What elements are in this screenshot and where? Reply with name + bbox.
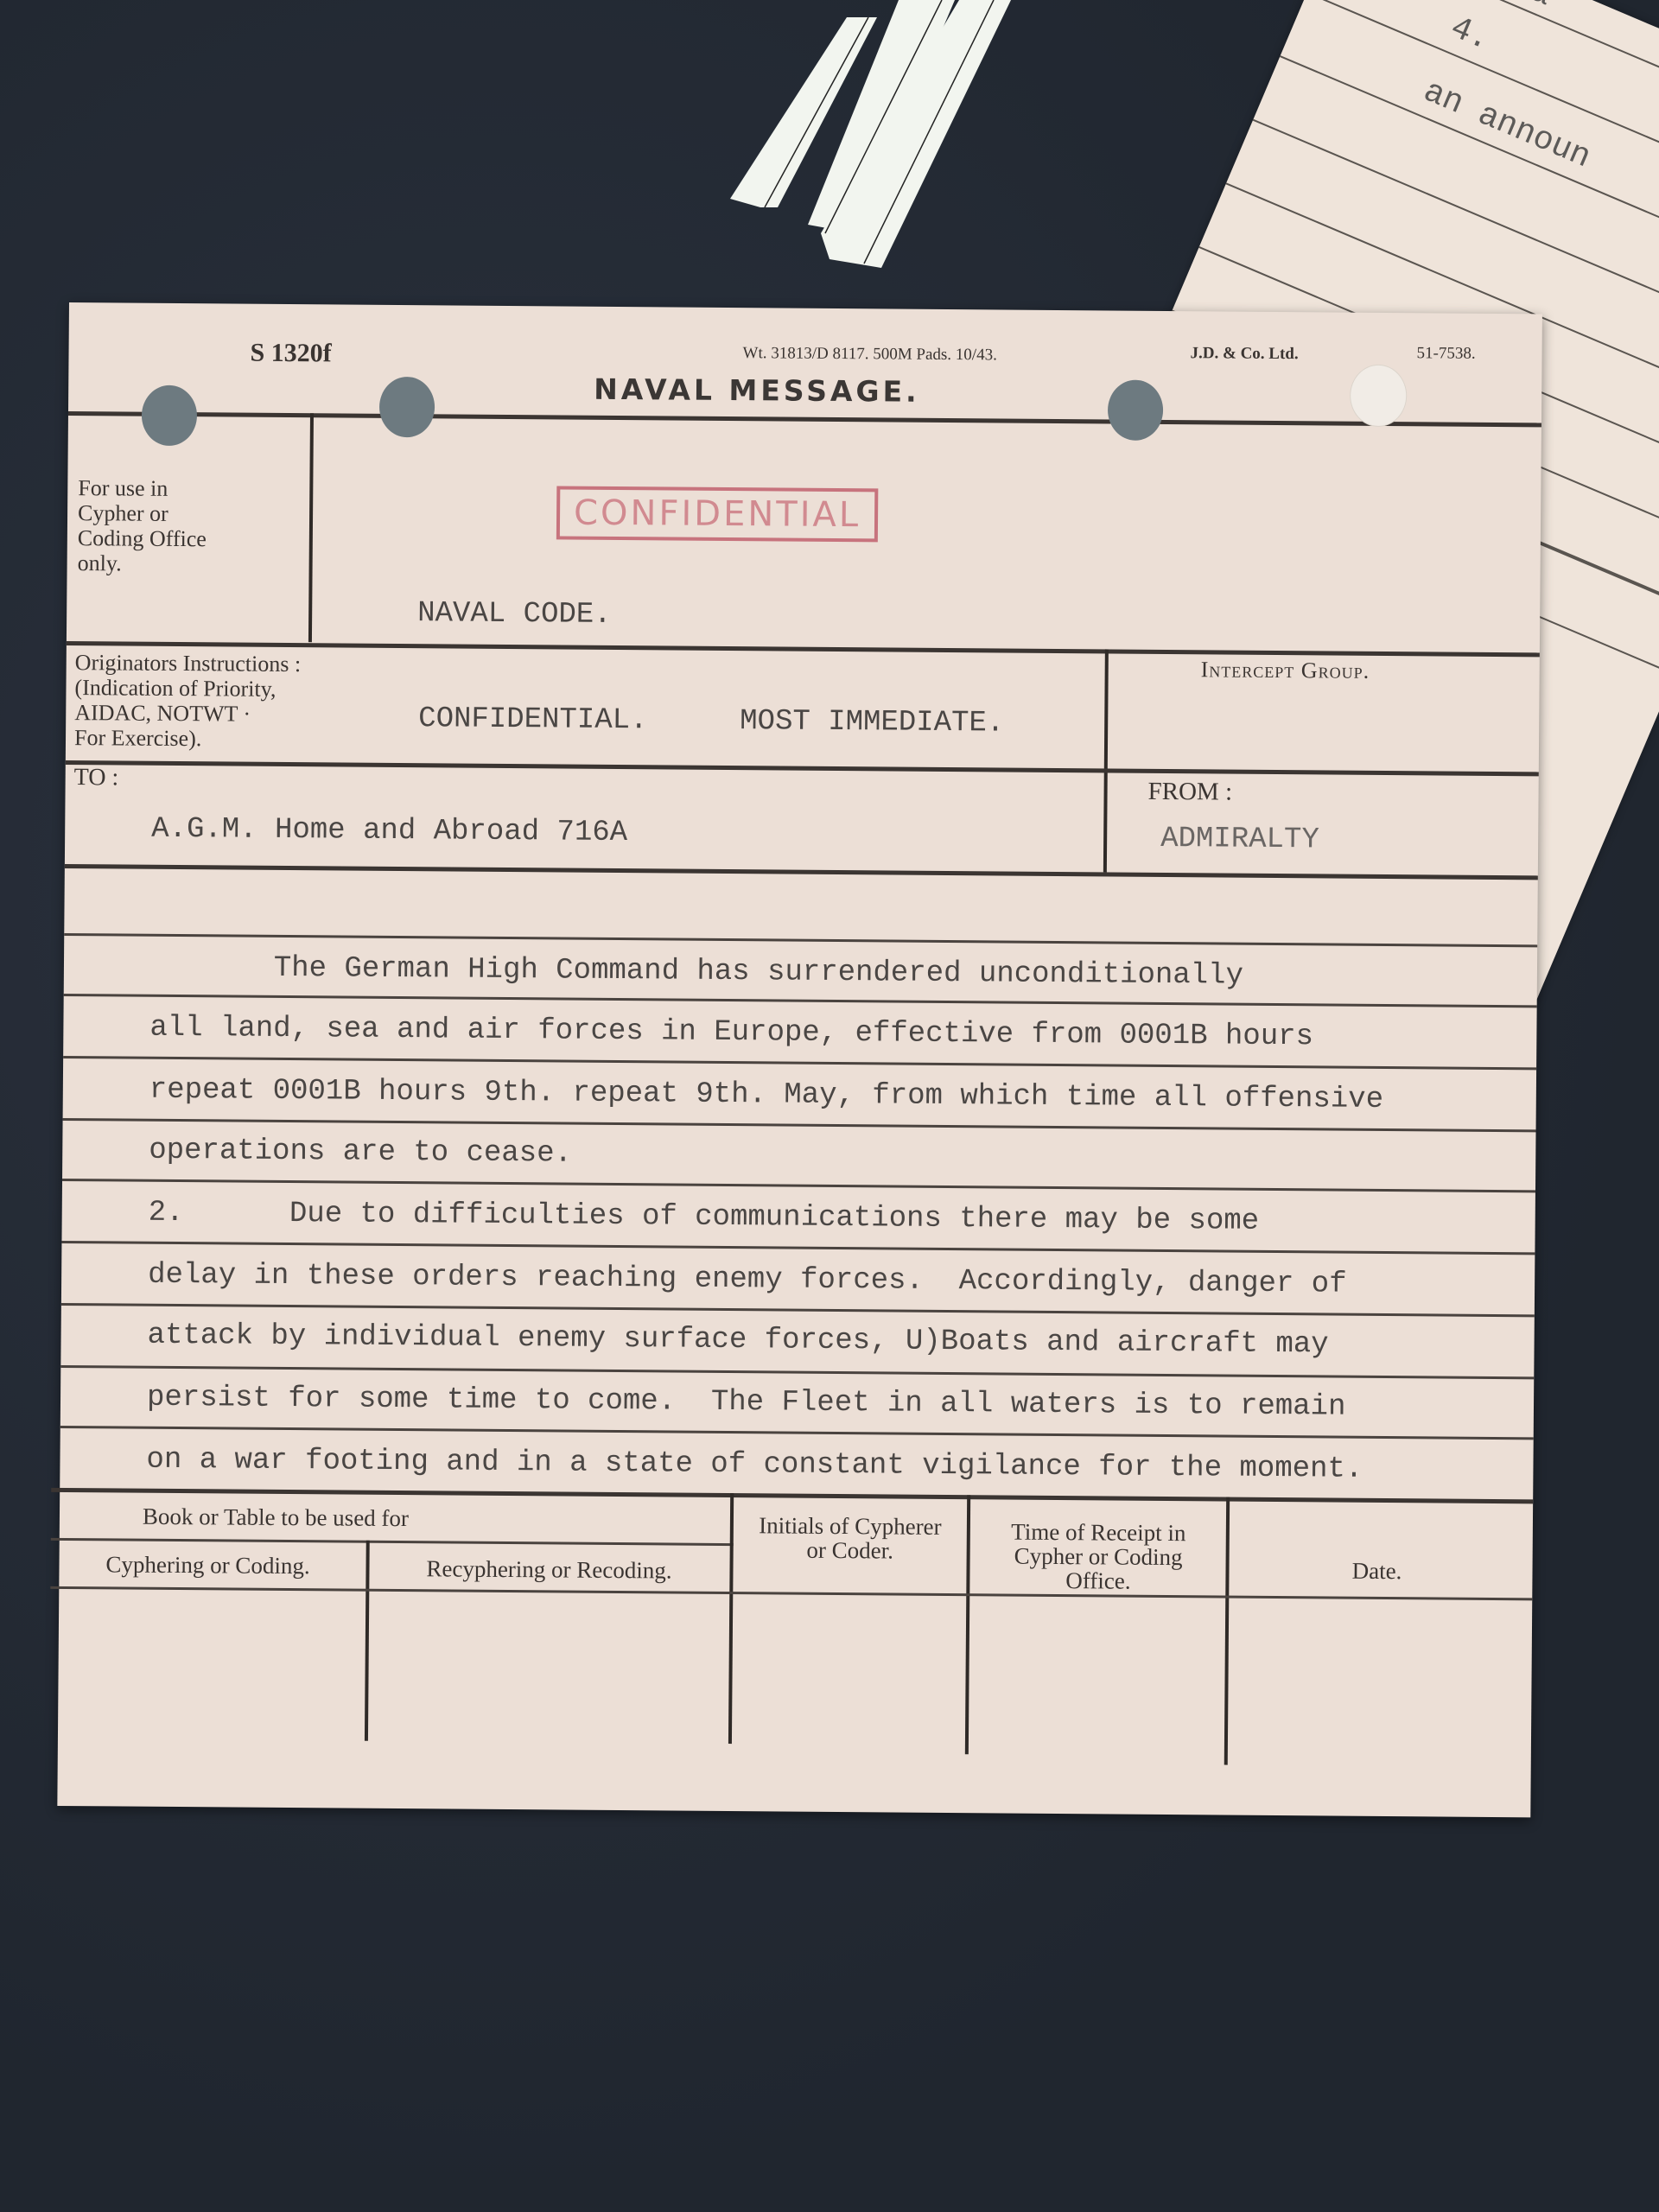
ruled-line	[60, 1426, 1534, 1440]
message-line: all land, sea and air forces in Europe, …	[149, 1012, 1313, 1054]
from-label: FROM :	[1147, 778, 1232, 807]
naval-message-form: S 1320f Wt. 31813/D 8117. 500M Pads. 10/…	[57, 302, 1542, 1817]
punch-hole	[1350, 365, 1408, 428]
divider	[65, 864, 1538, 880]
column-header-time-of-receipt: Time of Receipt in Cypher or Coding Offi…	[983, 1519, 1213, 1593]
message-line: repeat 0001B hours 9th. repeat 9th. May,…	[149, 1074, 1383, 1116]
ruled-line	[63, 1056, 1536, 1070]
divider	[66, 760, 1539, 776]
column-header-recyphering: Recyphering or Recoding.	[368, 1556, 729, 1583]
divider	[51, 1538, 734, 1546]
message-line: 2. Due to difficulties of communications…	[149, 1197, 1260, 1238]
originator-instructions-label: Originators Instructions : (Indication o…	[74, 650, 301, 752]
table-group-header: Book or Table to be used for	[111, 1503, 440, 1530]
message-line: operations are to cease.	[149, 1135, 572, 1171]
punch-hole	[142, 385, 198, 447]
to-value: A.G.M. Home and Abroad 716A	[151, 813, 627, 849]
ruled-line	[62, 1179, 1535, 1192]
priority-value: MOST IMMEDIATE.	[740, 705, 1004, 740]
ribbon-decoration	[726, 0, 1037, 294]
reference-number: 51-7538.	[1416, 344, 1475, 364]
confidential-stamp: CONFIDENTIAL	[556, 486, 878, 542]
ruled-line	[64, 933, 1537, 947]
form-number: S 1320f	[250, 339, 331, 369]
message-line: The German High Command has surrendered …	[150, 951, 1243, 993]
date-cell[interactable]	[1228, 1599, 1531, 1749]
punch-hole	[379, 377, 435, 438]
ruled-line	[61, 1241, 1535, 1255]
bgcard-line: para	[1471, 0, 1558, 15]
message-line: on a war footing and in a state of const…	[146, 1444, 1363, 1486]
classification-value: CONFIDENTIAL.	[418, 702, 648, 737]
ruled-line	[60, 1365, 1534, 1379]
column-header-date: Date.	[1234, 1558, 1519, 1585]
divider	[308, 413, 314, 642]
code-type: NAVAL CODE.	[417, 597, 612, 632]
column-header-initials: Initials of Cypherer or Coder.	[751, 1513, 950, 1563]
cyphering-cell[interactable]	[49, 1590, 365, 1739]
column-header-cyphering: Cyphering or Coding.	[52, 1552, 363, 1579]
message-line: delay in these orders reaching enemy for…	[148, 1259, 1347, 1301]
ruled-line	[64, 994, 1537, 1007]
ruled-line	[61, 1303, 1535, 1317]
to-label: TO :	[74, 764, 119, 791]
recyphering-cell[interactable]	[368, 1592, 729, 1742]
message-line: attack by individual enemy surface force…	[147, 1319, 1328, 1362]
divider	[1103, 649, 1109, 872]
divider	[68, 411, 1541, 427]
bgcard-line: 4.	[1445, 10, 1496, 59]
intercept-group-label: Intercept Group.	[1201, 657, 1370, 684]
time-of-receipt-cell[interactable]	[969, 1597, 1225, 1745]
ruled-line	[63, 1118, 1536, 1132]
initials-cell[interactable]	[732, 1595, 966, 1744]
from-value: ADMIRALTY	[1160, 823, 1319, 856]
punch-hole	[1108, 379, 1164, 441]
divider	[51, 1488, 1533, 1503]
form-title: NAVAL MESSAGE.	[594, 372, 920, 409]
office-use-note: For use in Cypher or Coding Office only.	[78, 475, 207, 576]
print-info: Wt. 31813/D 8117. 500M Pads. 10/43.	[742, 344, 996, 365]
printer-name: J.D. & Co. Ltd.	[1190, 344, 1298, 364]
message-line: persist for some time to come. The Fleet…	[147, 1382, 1346, 1424]
